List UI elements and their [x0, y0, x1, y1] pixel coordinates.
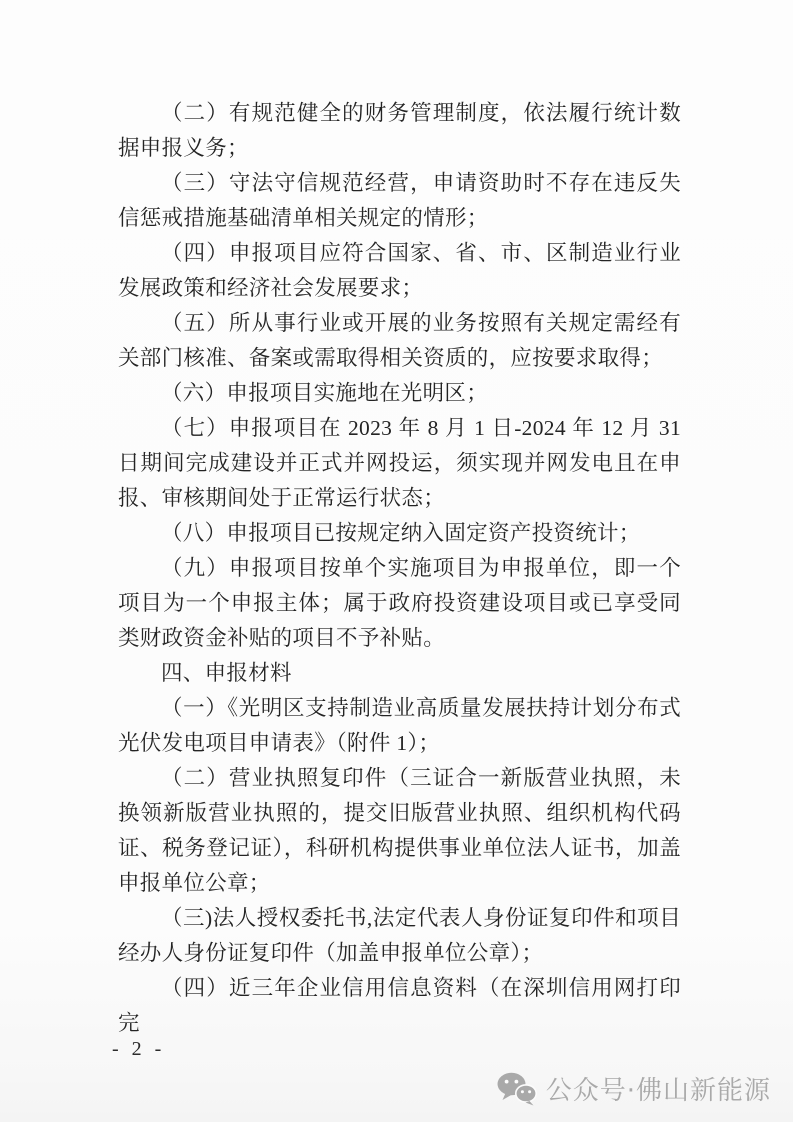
watermark-text: 公众号·佛山新能源 — [546, 1070, 771, 1107]
section-heading: 四、申报材料 — [118, 656, 681, 691]
wechat-icon — [497, 1072, 537, 1106]
paragraph: （四）近三年企业信用信息资料（在深圳信用网打印完 — [118, 971, 681, 1041]
paragraph: （二）营业执照复印件（三证合一新版营业执照，未换领新版营业执照的，提交旧版营业执… — [118, 761, 681, 901]
paragraph: （四）申报项目应符合国家、省、市、区制造业行业发展政策和经济社会发展要求； — [118, 236, 681, 306]
paragraph: （九）申报项目按单个实施项目为申报单位，即一个项目为一个申报主体；属于政府投资建… — [118, 551, 681, 656]
paragraph: （二）有规范健全的财务管理制度，依法履行统计数据申报义务； — [118, 96, 681, 166]
paragraph: （七）申报项目在 2023 年 8 月 1 日-2024 年 12 月 31 日… — [118, 411, 681, 516]
document-body: （二）有规范健全的财务管理制度，依法履行统计数据申报义务； （三）守法守信规范经… — [118, 96, 681, 1041]
page-number: - 2 - — [112, 1038, 165, 1061]
paragraph: （五）所从事行业或开展的业务按照有关规定需经有关部门核准、备案或需取得相关资质的… — [118, 306, 681, 376]
paragraph: （一）《光明区支持制造业高质量发展扶持计划分布式光伏发电项目申请表》（附件 1）… — [118, 691, 681, 761]
watermark: 公众号·佛山新能源 — [497, 1070, 771, 1107]
paragraph: （三）守法守信规范经营，申请资助时不存在违反失信惩戒措施基础清单相关规定的情形； — [118, 166, 681, 236]
paragraph: （三)法人授权委托书,法定代表人身份证复印件和项目经办人身份证复印件（加盖申报单… — [118, 901, 681, 971]
paragraph: （八）申报项目已按规定纳入固定资产投资统计； — [118, 516, 681, 551]
paragraph: （六）申报项目实施地在光明区； — [118, 376, 681, 411]
